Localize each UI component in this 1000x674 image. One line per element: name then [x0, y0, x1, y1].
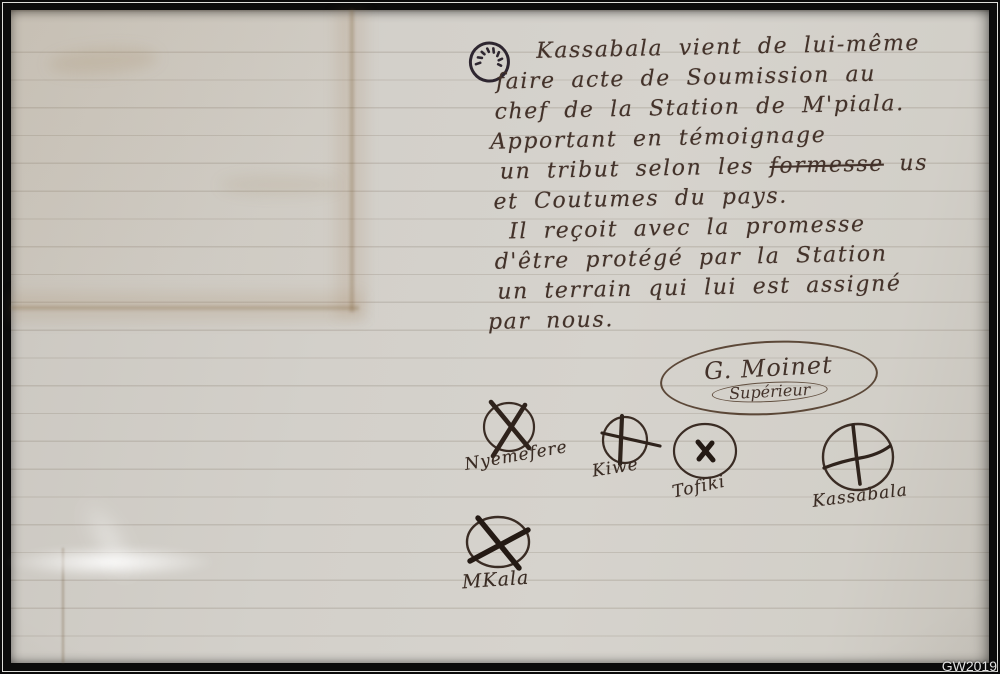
text-line-content: faire acte de Soumission au	[496, 62, 877, 95]
text-line-content: Kassabala vient de lui-même	[536, 31, 920, 64]
photo-of-manuscript: Kassabala vient de lui-même faire acte d…	[0, 0, 1000, 674]
text-line-content: chef de la Station de M'piala.	[494, 91, 905, 125]
text-line-content: par nous.	[488, 307, 614, 335]
witness-mark-kiwe: Kiwe	[598, 412, 670, 472]
circle-cross-icon	[672, 422, 742, 482]
text-line-content: un tribut selon les	[500, 154, 770, 185]
text-line-content: Il reçoit avec la promesse	[509, 212, 866, 244]
text-line-content: et Coutumes du pays.	[493, 184, 788, 215]
witness-mark-tofiki: Tofiki	[672, 422, 742, 482]
witness-mark-kassabala: Kassabala	[820, 420, 916, 496]
text-line-content: us	[884, 151, 929, 177]
witness-mark-mkala: MKala	[462, 513, 540, 575]
mark-name-label: MKala	[461, 567, 530, 594]
text-line-content: Apportant en témoignage	[490, 123, 827, 155]
text-line-content: un terrain qui lui est assigné	[497, 271, 902, 304]
photographer-watermark: GW2019	[942, 658, 997, 674]
crossed-out-word: formesse	[769, 152, 884, 179]
witness-mark-nyemefere: Nyemefere	[480, 398, 550, 462]
manuscript-text: Kassabala vient de lui-même faire acte d…	[480, 27, 1000, 338]
signature-name: G. Moinet	[704, 351, 834, 384]
